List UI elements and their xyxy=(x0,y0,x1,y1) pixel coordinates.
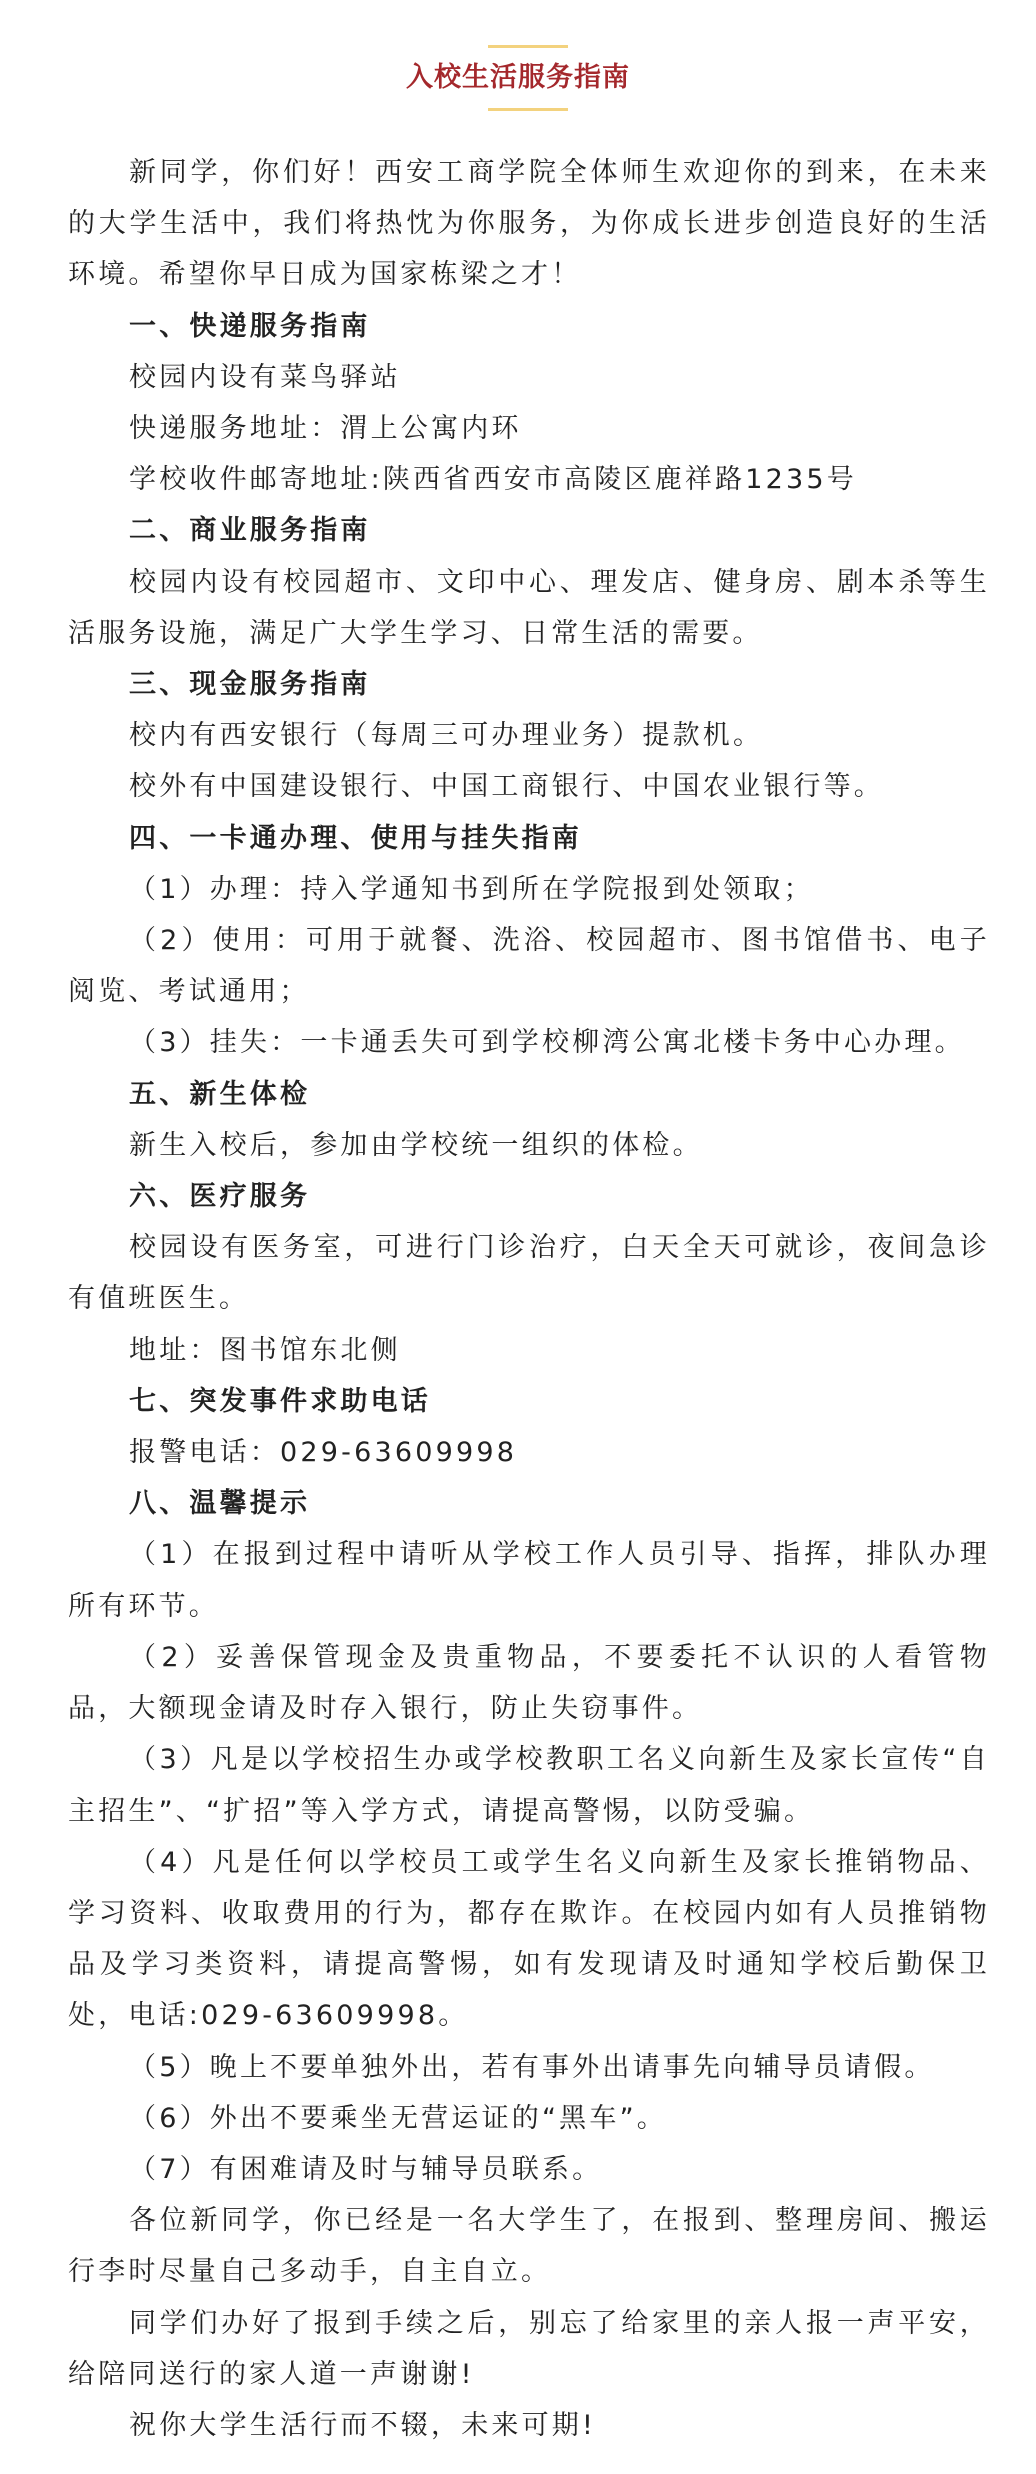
list-item: （7）有困难请及时与辅导员联系。 xyxy=(68,2144,990,2195)
list-item: （2）使用：可用于就餐、洗浴、校园超市、图书馆借书、电子阅览、考试通用； xyxy=(68,915,990,1017)
closing-paragraph: 同学们办好了报到手续之后，别忘了给家里的亲人报一声平安，给陪同送行的家人道一声谢… xyxy=(68,2298,990,2400)
list-item: （3）凡是以学校招生办或学校教职工名义向新生及家长宣传“自主招生”、“扩招”等入… xyxy=(68,1734,990,1836)
paragraph: 校内有西安银行（每周三可办理业务）提款机。 xyxy=(68,710,990,761)
paragraph: 校外有中国建设银行、中国工商银行、中国农业银行等。 xyxy=(68,761,990,812)
title-top-divider xyxy=(488,45,568,48)
section-heading-express: 一、快递服务指南 xyxy=(68,301,990,352)
intro-paragraph: 新同学，你们好！西安工商学院全体师生欢迎你的到来，在未来的大学生活中，我们将热忱… xyxy=(68,147,990,301)
list-item: （6）外出不要乘坐无营运证的“黑车”。 xyxy=(68,2093,990,2144)
section-heading-medical: 六、医疗服务 xyxy=(68,1171,990,1222)
section-heading-campus-card: 四、一卡通办理、使用与挂失指南 xyxy=(68,813,990,864)
paragraph: 快递服务地址：渭上公寓内环 xyxy=(68,403,990,454)
paragraph: 报警电话：029-63609998 xyxy=(68,1427,990,1478)
section-heading-cash: 三、现金服务指南 xyxy=(68,659,990,710)
paragraph: 地址：图书馆东北侧 xyxy=(68,1325,990,1376)
paragraph: 学校收件邮寄地址:陕西省西安市高陵区鹿祥路1235号 xyxy=(68,454,990,505)
closing-paragraph: 各位新同学，你已经是一名大学生了，在报到、整理房间、搬运行李时尽量自己多动手，自… xyxy=(68,2195,990,2297)
section-heading-tips: 八、温馨提示 xyxy=(68,1478,990,1529)
page-header: 入校生活服务指南 xyxy=(0,0,1036,140)
title-bottom-divider xyxy=(488,108,568,111)
paragraph: 校园设有医务室，可进行门诊治疗，白天全天可就诊，夜间急诊有值班医生。 xyxy=(68,1222,990,1324)
paragraph: 校园内设有菜鸟驿站 xyxy=(68,352,990,403)
list-item: （2）妥善保管现金及贵重物品，不要委托不认识的人看管物品，大额现金请及时存入银行… xyxy=(68,1632,990,1734)
list-item: （1）办理：持入学通知书到所在学院报到处领取； xyxy=(68,864,990,915)
paragraph: 校园内设有校园超市、文印中心、理发店、健身房、剧本杀等生活服务设施，满足广大学生… xyxy=(68,557,990,659)
section-heading-emergency: 七、突发事件求助电话 xyxy=(68,1376,990,1427)
list-item: （4）凡是任何以学校员工或学生名义向新生及家长推销物品、学习资料、收取费用的行为… xyxy=(68,1837,990,2042)
list-item: （5）晚上不要单独外出，若有事外出请事先向辅导员请假。 xyxy=(68,2042,990,2093)
list-item: （1）在报到过程中请听从学校工作人员引导、指挥，排队办理所有环节。 xyxy=(68,1529,990,1631)
section-heading-health-check: 五、新生体检 xyxy=(68,1069,990,1120)
paragraph: 新生入校后，参加由学校统一组织的体检。 xyxy=(68,1120,990,1171)
article-body: 新同学，你们好！西安工商学院全体师生欢迎你的到来，在未来的大学生活中，我们将热忱… xyxy=(68,147,990,2451)
section-heading-commerce: 二、商业服务指南 xyxy=(68,505,990,556)
page-title: 入校生活服务指南 xyxy=(0,58,1036,98)
closing-paragraph: 祝你大学生活行而不辍，未来可期! xyxy=(68,2400,990,2451)
list-item: （3）挂失：一卡通丢失可到学校柳湾公寓北楼卡务中心办理。 xyxy=(68,1017,990,1068)
